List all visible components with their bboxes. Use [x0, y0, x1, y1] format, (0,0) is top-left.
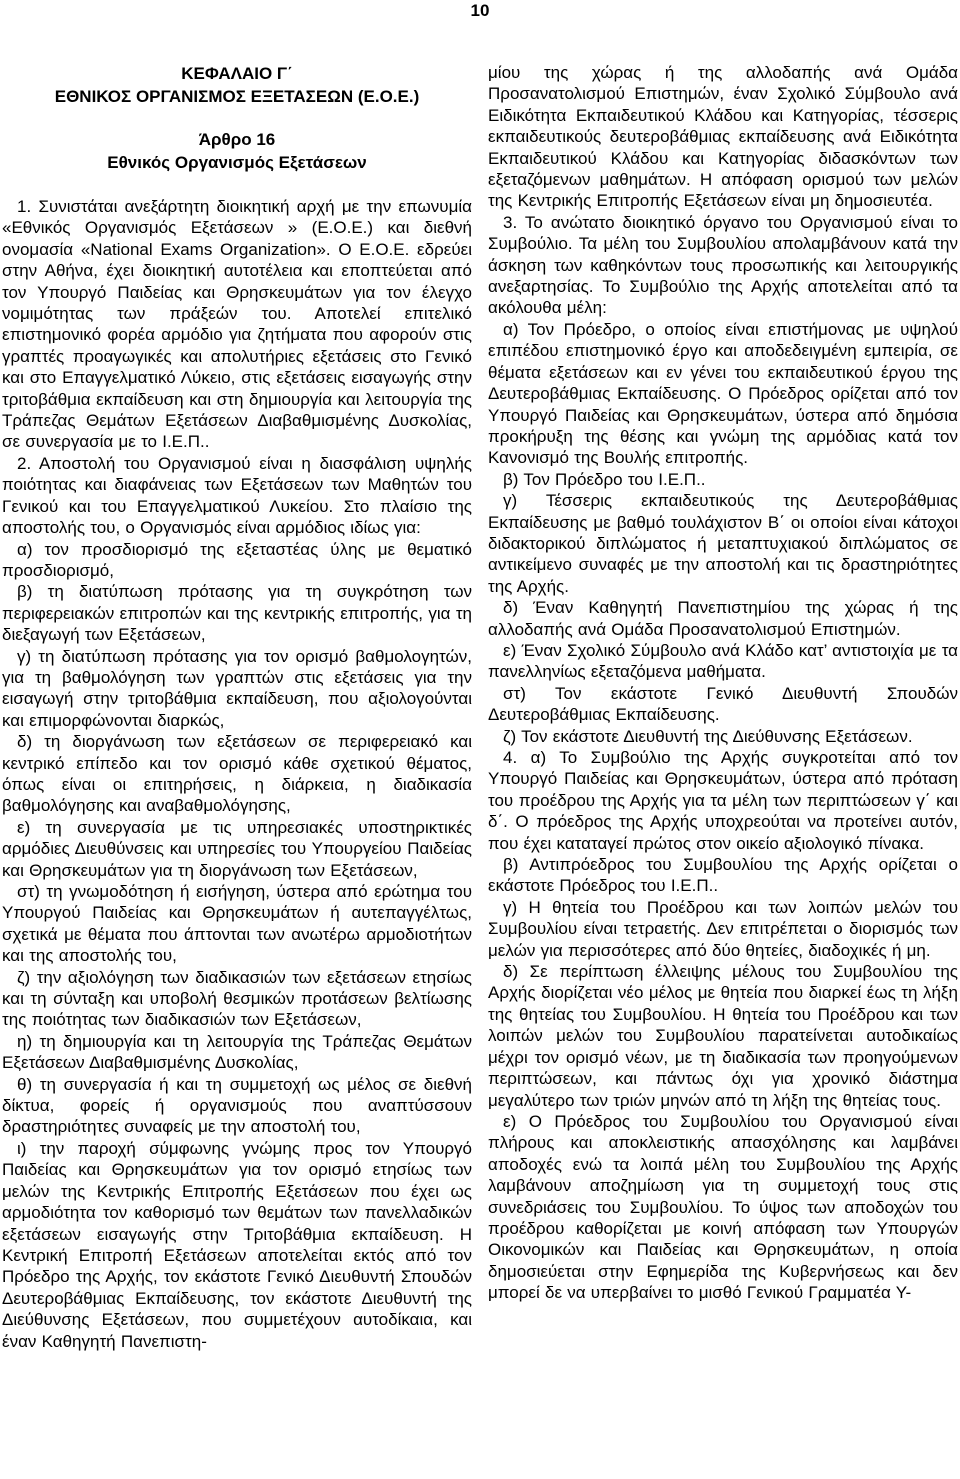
- paragraph: 1. Συνιστάται ανεξάρτητη διοικητική αρχή…: [2, 196, 472, 453]
- right-column-text: μίου της χώρας ή της αλλοδαπής ανά Ομάδα…: [488, 62, 958, 1304]
- paragraph: α) τον προσδιορισμό της εξεταστέας ύλης …: [2, 539, 472, 582]
- paragraph: μίου της χώρας ή της αλλοδαπής ανά Ομάδα…: [488, 62, 958, 212]
- heading-block: ΚΕΦΑΛΑΙΟ Γ΄ ΕΘΝΙΚΟΣ ΟΡΓΑΝΙΣΜΟΣ ΕΞΕΤΑΣΕΩΝ…: [2, 62, 472, 174]
- article-title: Εθνικός Οργανισμός Εξετάσεων: [2, 151, 472, 174]
- chapter-heading: ΚΕΦΑΛΑΙΟ Γ΄: [2, 62, 472, 85]
- left-column-text: 1. Συνιστάται ανεξάρτητη διοικητική αρχή…: [2, 196, 472, 1352]
- paragraph: γ) τη διατύπωση πρότασης για τον ορισμό …: [2, 646, 472, 732]
- paragraph: β) Αντιπρόεδρος του Συμβουλίου της Αρχής…: [488, 854, 958, 897]
- paragraph: θ) τη συνεργασία ή και τη συμμετοχή ως μ…: [2, 1074, 472, 1138]
- article-heading-group: Άρθρο 16 Εθνικός Οργανισμός Εξετάσεων: [2, 128, 472, 174]
- paragraph: η) τη δημιουργία και τη λειτουργία της Τ…: [2, 1031, 472, 1074]
- paragraph: ζ) Τον εκάστοτε Διευθυντή της Διεύθυνσης…: [488, 726, 958, 747]
- paragraph: α) Τον Πρόεδρο, ο οποίος είναι επιστήμον…: [488, 319, 958, 469]
- paragraph: 2. Αποστολή του Οργανισμού είναι η διασφ…: [2, 453, 472, 539]
- paragraph: δ) Έναν Καθηγητή Πανεπιστημίου της χώρας…: [488, 597, 958, 640]
- paragraph: στ) τη γνωμοδότηση ή εισήγηση, ύστερα απ…: [2, 881, 472, 967]
- chapter-heading-group: ΚΕΦΑΛΑΙΟ Γ΄ ΕΘΝΙΚΟΣ ΟΡΓΑΝΙΣΜΟΣ ΕΞΕΤΑΣΕΩΝ…: [2, 62, 472, 108]
- paragraph: 4. α) Το Συμβούλιο της Αρχής συγκροτείτα…: [488, 747, 958, 854]
- paragraph: ε) Έναν Σχολικό Σύμβουλο ανά Κλάδο κατ’ …: [488, 640, 958, 683]
- paragraph: στ) Τον εκάστοτε Γενικό Διευθυντή Σπουδώ…: [488, 683, 958, 726]
- paragraph: 3. Το ανώτατο διοικητικό όργανο του Οργα…: [488, 212, 958, 319]
- paragraph: ε) τη συνεργασία με τις υπηρεσιακές υποσ…: [2, 817, 472, 881]
- paragraph: ι) την παροχή σύμφωνης γνώμης προς τον Υ…: [2, 1138, 472, 1352]
- article-heading: Άρθρο 16: [2, 128, 472, 151]
- left-column: ΚΕΦΑΛΑΙΟ Γ΄ ΕΘΝΙΚΟΣ ΟΡΓΑΝΙΣΜΟΣ ΕΞΕΤΑΣΕΩΝ…: [2, 62, 472, 1352]
- right-column: μίου της χώρας ή της αλλοδαπής ανά Ομάδα…: [488, 62, 958, 1352]
- paragraph: δ) Σε περίπτωση έλλειψης μέλους του Συμβ…: [488, 961, 958, 1111]
- two-column-layout: ΚΕΦΑΛΑΙΟ Γ΄ ΕΘΝΙΚΟΣ ΟΡΓΑΝΙΣΜΟΣ ΕΞΕΤΑΣΕΩΝ…: [2, 62, 958, 1352]
- paragraph: γ) Η θητεία του Προέδρου και των λοιπών …: [488, 897, 958, 961]
- page-number: 10: [0, 1, 960, 21]
- document-page: 10 ΚΕΦΑΛΑΙΟ Γ΄ ΕΘΝΙΚΟΣ ΟΡΓΑΝΙΣΜΟΣ ΕΞΕΤΑΣ…: [0, 0, 960, 1479]
- paragraph: β) Τον Πρόεδρο του Ι.Ε.Π..: [488, 469, 958, 490]
- paragraph: ζ) την αξιολόγηση των διαδικασιών των εξ…: [2, 967, 472, 1031]
- paragraph: ε) Ο Πρόεδρος του Συμβουλίου του Οργανισ…: [488, 1111, 958, 1304]
- paragraph: β) τη διατύπωση πρότασης για τη συγκρότη…: [2, 581, 472, 645]
- paragraph: γ) Τέσσερις εκπαιδευτικούς της Δευτεροβά…: [488, 490, 958, 597]
- paragraph: δ) τη διοργάνωση των εξετάσεων σε περιφε…: [2, 731, 472, 817]
- chapter-title: ΕΘΝΙΚΟΣ ΟΡΓΑΝΙΣΜΟΣ ΕΞΕΤΑΣΕΩΝ (Ε.Ο.Ε.): [2, 85, 472, 108]
